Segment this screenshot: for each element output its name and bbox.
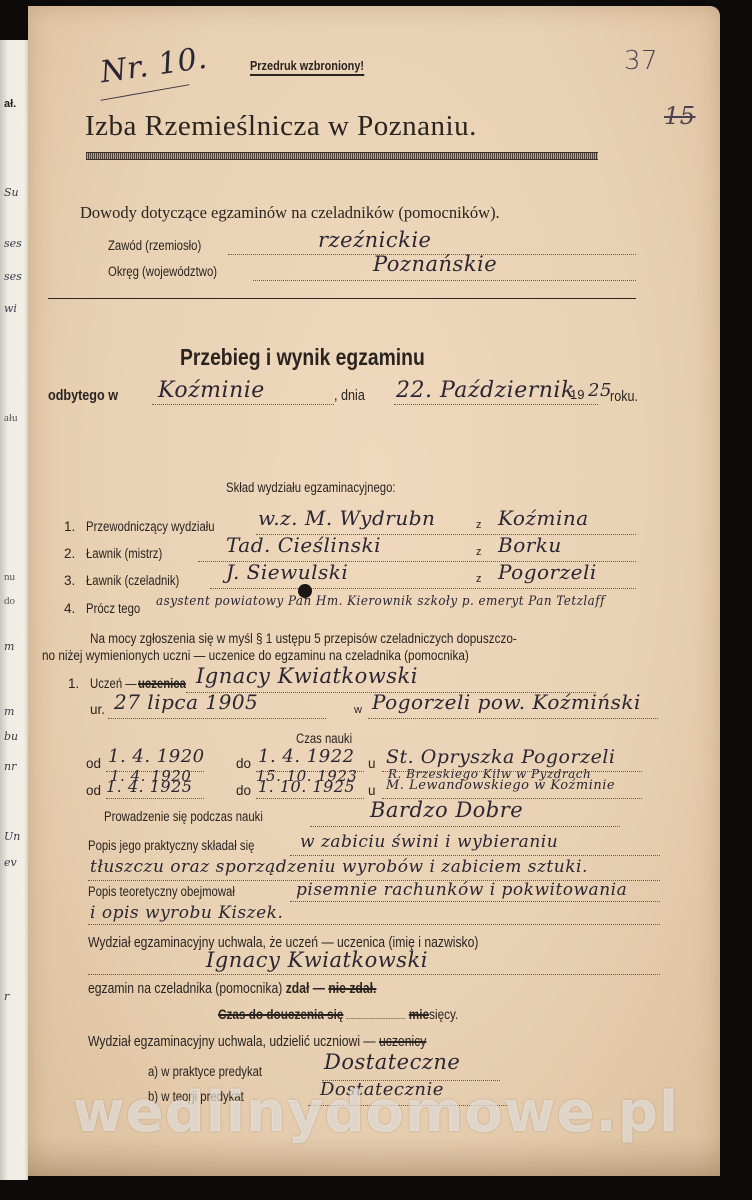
previous-page-strip: ał. Su ses ses wi ału nu do m m bu nr Un… (0, 40, 28, 1180)
period-at-label: u (368, 783, 376, 798)
member-name: J. Siewulski (226, 560, 348, 584)
period-to-label: do (236, 783, 251, 798)
margin-number-struck: 15 (664, 102, 696, 130)
born-place-line (368, 718, 658, 719)
member-role: Prócz tego (86, 601, 140, 616)
year-value: 25 (588, 380, 612, 401)
institution-title: Izba Rzemieślnicza w Poznaniu. (85, 110, 477, 143)
extra-time-struck: Czas do douczenia się (218, 1006, 343, 1022)
title-rule (86, 152, 598, 160)
date-value: 22. Październik (396, 378, 575, 403)
district-value: Poznańskie (373, 252, 497, 276)
held-in-line (152, 404, 334, 405)
period-from-label: od (86, 756, 101, 771)
practical-line1 (290, 855, 660, 856)
member-number: 2. (64, 546, 75, 561)
district-label: Okręg (województwo) (108, 264, 217, 279)
student-name: Ignacy Kwiatkowski (196, 664, 418, 688)
strip-fragment: m (4, 705, 14, 718)
born-place-label: w (354, 704, 362, 716)
watermark: wedlinydomowe.pl (0, 1080, 752, 1145)
member-number: 3. (64, 573, 75, 588)
practical-value-line2: tłuszczu oraz sporządzeniu wyrobów i zab… (90, 857, 588, 877)
result-failed-struck: nie zdał. (328, 981, 376, 997)
member-from: Pogorzeli (498, 560, 597, 584)
strip-fragment: ału (4, 412, 17, 424)
born-label: ur. (90, 702, 105, 717)
born-place: Pogorzeli pow. Koźmiński (372, 690, 641, 714)
period-from-label: od (86, 783, 101, 798)
member-from: Koźmina (498, 506, 589, 530)
held-in-value: Koźminie (158, 378, 265, 403)
conduct-value: Bardzo Dobre (370, 798, 523, 822)
extra-time-line: Czas do douczenia się miesięcy. (218, 1006, 458, 1022)
period-at: St. Opryszka Pogorzeli (386, 746, 615, 768)
member-name: asystent powiatowy Pan Hm. Kierownik szk… (156, 594, 605, 609)
strip-fragment: do (4, 595, 15, 607)
strip-fragment: bu (4, 730, 18, 743)
practical-value-line1: w zabiciu świni i wybieraniu (300, 832, 558, 852)
strip-fragment: Un (4, 830, 20, 843)
trade-label: Zawód (rzemiosło) (108, 238, 201, 253)
day-label: , dnia (334, 387, 365, 404)
result-line: egzamin na czeladnika (pomocnika) zdał —… (88, 981, 376, 997)
margin-number: 37 (624, 46, 658, 76)
conduct-line (310, 826, 620, 827)
practical-grade: Dostateczne (324, 1050, 460, 1074)
student-label: Uczeń — (90, 676, 137, 691)
strip-fragment: nr (4, 760, 16, 773)
period-to: 1. 4. 1922 (258, 746, 355, 767)
months-struck: mie (409, 1006, 429, 1022)
student-label-struck: uczenica (138, 676, 186, 691)
strip-fragment: ev (4, 856, 17, 869)
committee-heading: Skład wydziału egzaminacyjnego: (226, 480, 396, 495)
period-to: 1. 10. 1925 (258, 777, 355, 796)
member-role: Ławnik (czeladnik) (86, 573, 179, 588)
reprint-notice: Przedruk wzbroniony! (250, 58, 364, 76)
student-number: 1. (68, 676, 79, 691)
conduct-label: Prowadzenie się podczas nauki (104, 809, 263, 824)
grades-line-struck: uczenicy (379, 1034, 426, 1050)
strip-fragment: nu (4, 571, 15, 583)
theoretical-line2 (88, 924, 660, 925)
theoretical-line1 (290, 901, 660, 902)
member-from-label: z (476, 573, 482, 585)
member-number: 4. (64, 601, 75, 616)
theoretical-label: Popis teoretyczny obejmował (88, 884, 235, 899)
period-to-line (256, 798, 364, 799)
theoretical-value-line2: i opis wyrobu Kiszek. (90, 903, 283, 923)
resolution-name-line (88, 974, 660, 975)
document-page: Nr. 10. Przedruk wzbroniony! 37 15 Izba … (28, 6, 720, 1176)
resolution-student-name: Ignacy Kwiatkowski (206, 948, 428, 972)
member-from: Borku (498, 533, 562, 557)
strip-fragment: ses (4, 270, 22, 283)
result-passed: zdał — (286, 981, 325, 997)
trade-value: rzeźnickie (318, 228, 431, 252)
year-prefix: 19 (570, 387, 584, 402)
grades-line-prefix: Wydział egzaminacyjny uchwala, udzielić … (88, 1034, 376, 1050)
admission-text-line1: Na mocy zgłoszenia się w myśl § 1 ustępu… (90, 630, 517, 646)
result-prefix: egzamin na czeladnika (pomocnika) (88, 981, 282, 997)
period-from: 1. 4. 1925 (106, 777, 192, 796)
admission-text-line2: no niżej wymienionych uczni — uczenice d… (42, 647, 469, 663)
practical-grade-label: a) w praktyce predykat (148, 1064, 262, 1079)
document-number: Nr. 10. (98, 41, 209, 91)
born-date-line (108, 718, 326, 719)
training-heading: Czas nauki (296, 731, 352, 746)
period-to-label: do (236, 756, 251, 771)
period-from: 1. 4. 1920 (108, 746, 205, 767)
period-at-label: u (368, 756, 376, 771)
period-at: M. Lewandowskiego w Koźminie (386, 778, 615, 793)
months-suffix: sięcy. (429, 1006, 458, 1022)
period-from-line (106, 798, 204, 799)
theoretical-value-line1: pisemnie rachunków i pokwitowania (296, 880, 627, 900)
grades-line: Wydział egzaminacyjny uchwala, udzielić … (88, 1034, 426, 1050)
strip-fragment: wi (4, 302, 17, 315)
section-divider (48, 298, 636, 299)
strip-fragment: m (4, 640, 14, 653)
member-role: Przewodniczący wydziału (86, 519, 215, 534)
member-name: Tad. Cieślinski (226, 533, 381, 557)
year-suffix: roku. (610, 388, 638, 405)
strip-fragment: Su (4, 186, 19, 199)
member-name: w.z. M. Wydrubn (258, 506, 435, 530)
date-line (394, 404, 598, 405)
practical-label: Popis jego praktyczny składał się (88, 838, 254, 853)
held-in-label: odbytego w (48, 387, 118, 404)
strip-fragment: r (4, 990, 9, 1003)
document-subtitle: Dowody dotyczące egzaminów na czeladnikó… (80, 203, 500, 223)
member-from-label: z (476, 519, 482, 531)
district-line (253, 280, 636, 281)
exam-title: Przebieg i wynik egzaminu (180, 344, 425, 371)
member-line (210, 588, 636, 589)
member-role: Ławnik (mistrz) (86, 546, 162, 561)
extra-time-blank (347, 1018, 406, 1019)
member-from-label: z (476, 546, 482, 558)
born-date: 27 lipca 1905 (114, 690, 258, 714)
strip-fragment: ses (4, 237, 22, 250)
strip-fragment: ał. (4, 98, 16, 110)
member-number: 1. (64, 519, 75, 534)
